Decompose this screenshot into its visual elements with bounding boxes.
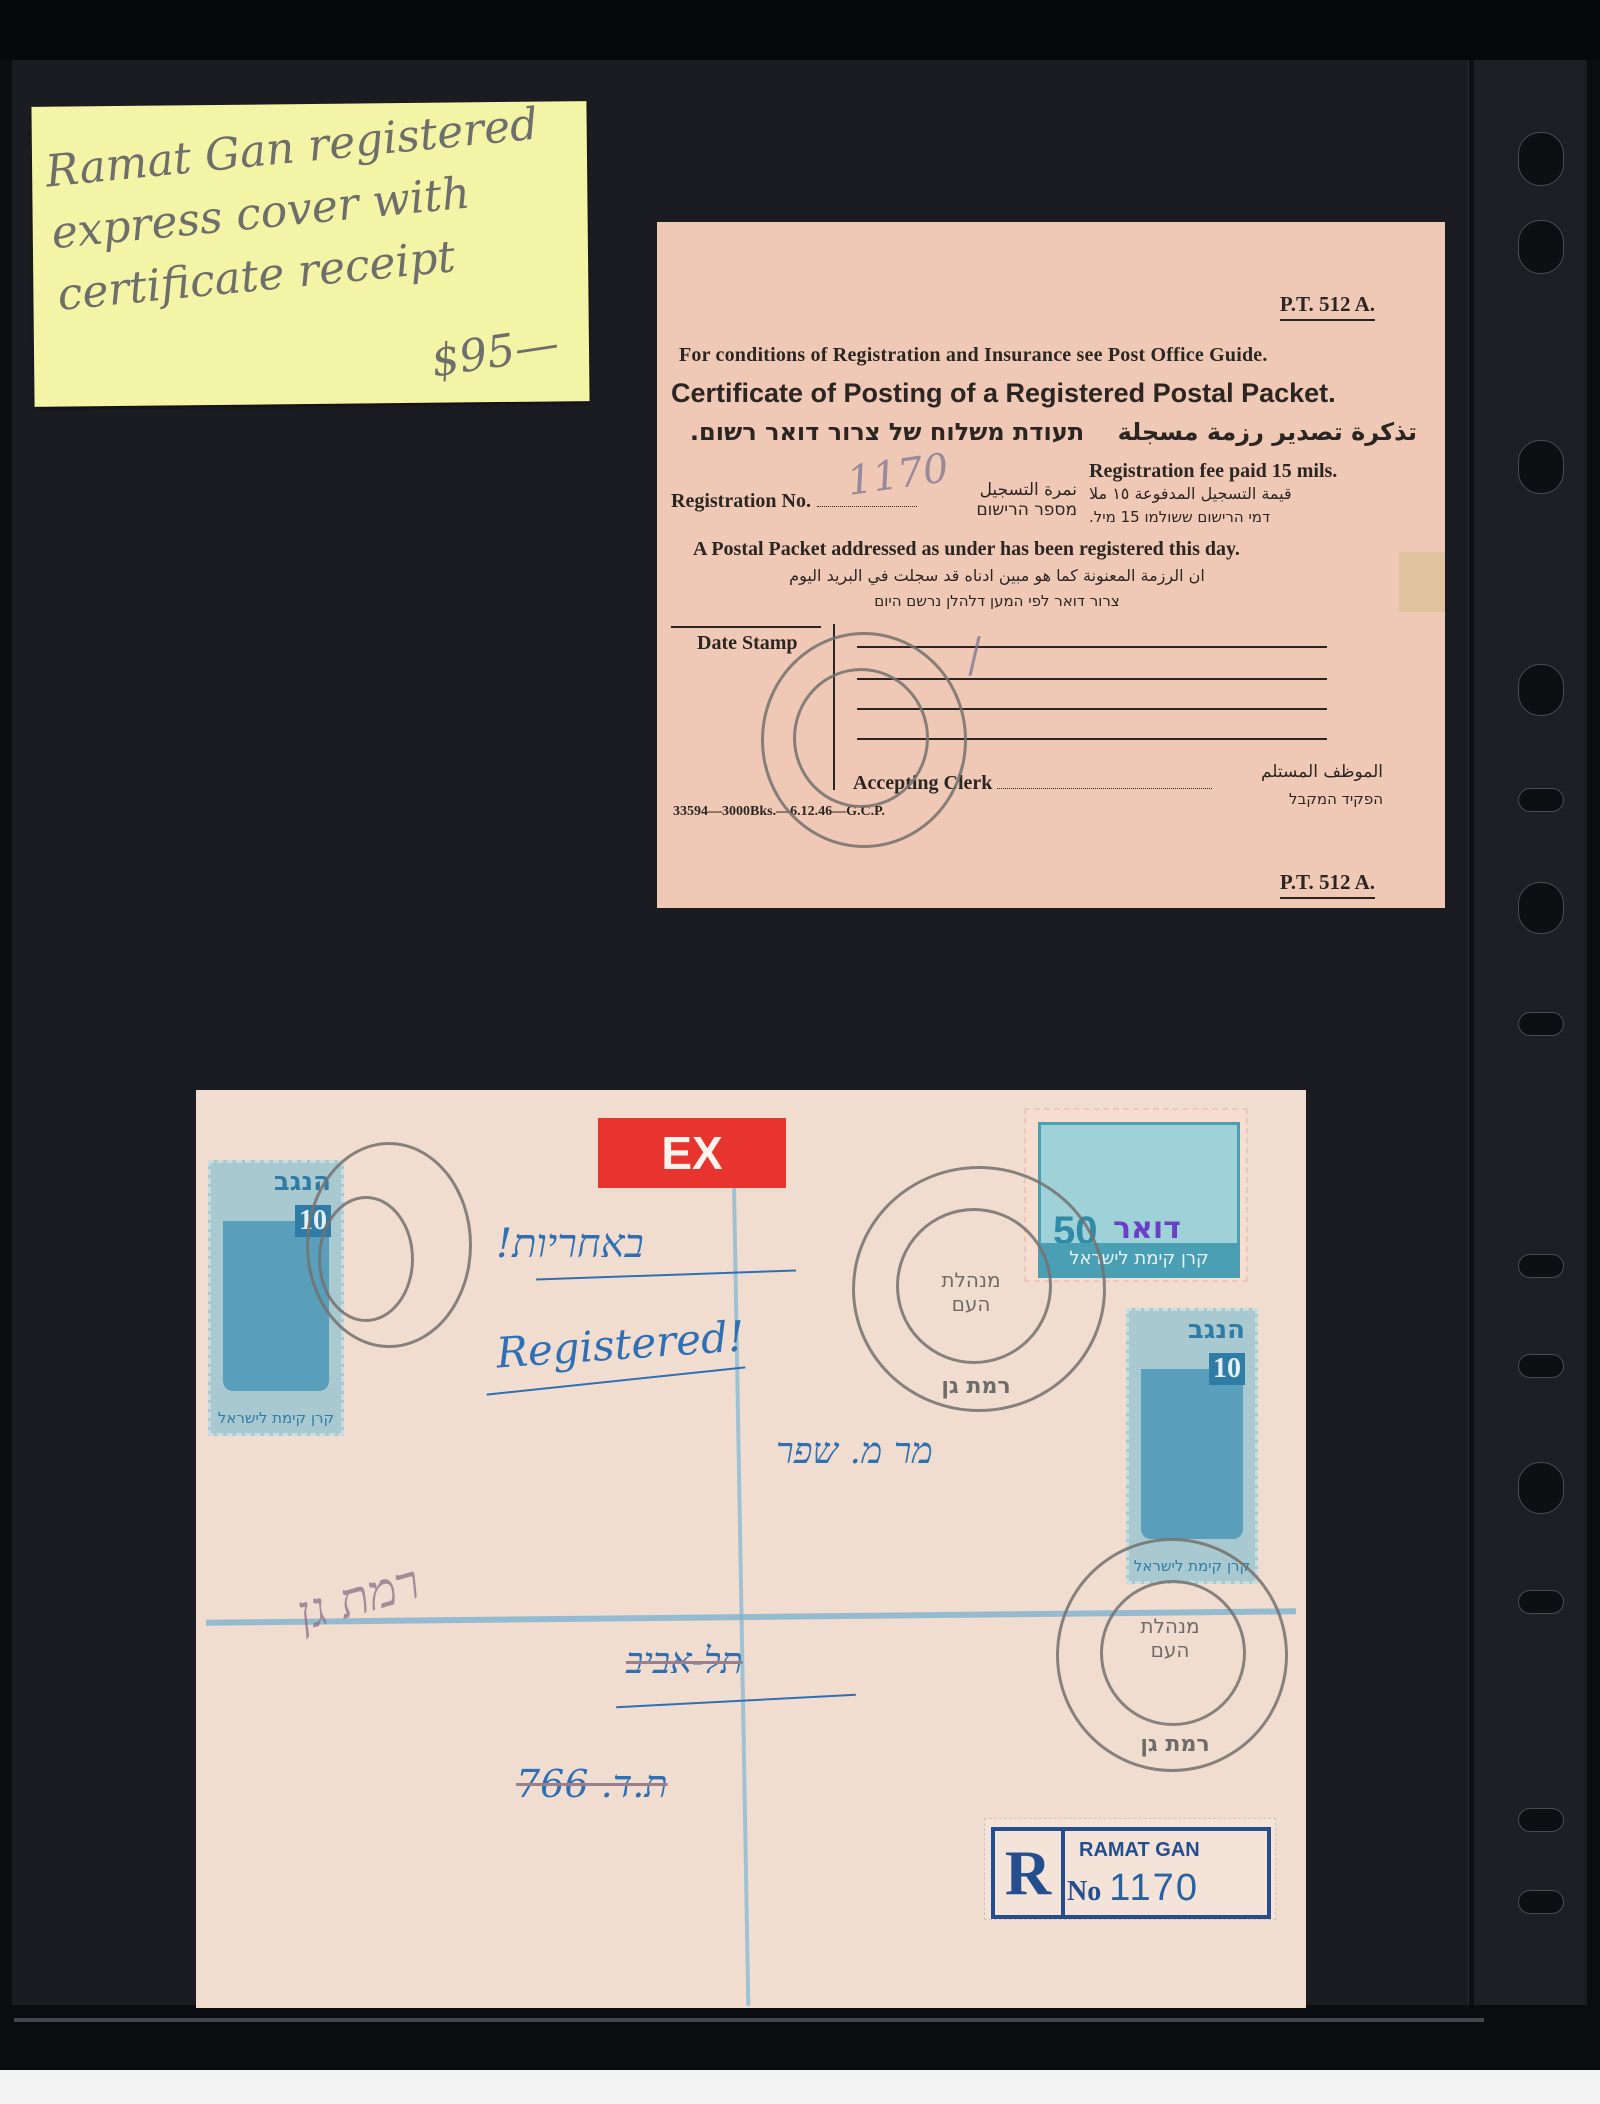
accepting-clerk-hebrew: הפקיד המקבל: [1289, 790, 1383, 808]
postmark-center: מנהלת העם: [896, 1268, 1046, 1316]
handwritten-city: תל-אביב: [626, 1640, 743, 1682]
form-id-bottom: P.T. 512 A.: [1280, 870, 1375, 899]
postmark-line: מנהלת: [896, 1268, 1046, 1292]
binder-hole-icon: [1518, 882, 1564, 934]
express-label: EX: [598, 1118, 786, 1188]
handwritten-registered-hebrew: באחריות!: [496, 1220, 644, 1267]
handwritten-registered: Registered!: [495, 1311, 747, 1377]
handwritten-po-box: ת.ד. 766: [516, 1762, 668, 1807]
binder-hole-icon: [1518, 1254, 1564, 1278]
note-description: Ramat Gan registered express cover with …: [43, 91, 579, 327]
crayon-cross-vertical: [732, 1186, 750, 2006]
registration-no-translated: نمرة التسجيل מספר הרישום: [947, 480, 1077, 520]
registration-number: No1170: [1067, 1867, 1199, 1910]
binder-hole-icon: [1518, 440, 1564, 494]
stamp-footer: קרן קימת לישראל: [211, 1409, 341, 1427]
postmark-town: רמת גן: [1100, 1732, 1250, 1757]
certificate-title-translated: تذكرة تصدير رزمة مسجلة תעודת משלוח של צר…: [690, 418, 1417, 446]
stamp-value: 10: [1209, 1353, 1245, 1385]
clerk-line: [997, 788, 1212, 789]
registration-r-icon: R: [995, 1831, 1065, 1915]
postmark-town: רמת גן: [896, 1374, 1056, 1399]
mount-strip-edge: [14, 2018, 1484, 2022]
registration-no-prefix: No: [1067, 1876, 1101, 1907]
packet-statement-arabic: ان الرزمة المعنونة كما هو مبين ادناه قد …: [717, 566, 1277, 585]
binder-hole-icon: [1518, 1354, 1564, 1378]
price-note: Ramat Gan registered express cover with …: [31, 101, 589, 407]
accepting-clerk-arabic: الموظف المستلم: [1261, 762, 1383, 782]
postmark-line: מנהלת: [1100, 1614, 1240, 1638]
stamp-overprint: דואר: [1113, 1211, 1181, 1246]
scan-top-edge: [0, 0, 1600, 60]
certificate-of-posting: P.T. 512 A. For conditions of Registrati…: [657, 222, 1445, 908]
binder-hole-icon: [1518, 1012, 1564, 1036]
date-stamp-label: Date Stamp: [697, 632, 798, 655]
conditions-text: For conditions of Registration and Insur…: [679, 344, 1268, 367]
note-price: $95—: [428, 318, 562, 388]
registration-no-hebrew: מספר הרישום: [947, 500, 1077, 520]
certificate-title: Certificate of Posting of a Registered P…: [671, 378, 1336, 409]
registration-no-handwritten: 1170: [844, 445, 951, 505]
title-hebrew: תעודת משלוח של צרור דואר רשום.: [690, 418, 1084, 446]
pencil-address-icon: /: [961, 629, 988, 682]
packet-statement-hebrew: צרור דואר לפי המען דלהלן נרשם היום: [717, 592, 1277, 610]
postmark-inner-ring: [793, 668, 929, 808]
packet-statement: A Postal Packet addressed as under has b…: [693, 538, 1240, 561]
binder-hole-icon: [1518, 220, 1564, 274]
underline: [616, 1694, 856, 1709]
binder-hole-icon: [1518, 1808, 1564, 1832]
form-id-top: P.T. 512 A.: [1280, 292, 1375, 321]
registration-town: RAMAT GAN: [1079, 1839, 1200, 1862]
divider: [671, 626, 821, 628]
address-line: [857, 646, 1327, 648]
postmark-line: העם: [1100, 1638, 1240, 1662]
underline: [536, 1269, 796, 1280]
postmark-inner-ring: [318, 1196, 414, 1322]
pencil-redirect-note: רמת גן: [291, 1554, 426, 1642]
registration-no-label: Registration No.: [671, 490, 811, 512]
binder-hole-icon: [1518, 1890, 1564, 1914]
fee-text: Registration fee paid 15 mils.: [1089, 460, 1337, 483]
postmark-line: העם: [896, 1292, 1046, 1316]
binder-hole-icon: [1518, 132, 1564, 186]
fee-arabic: قيمة التسجيل المدفوعة ١٥ ملا: [1089, 484, 1429, 503]
binder-hole-icon: [1518, 1462, 1564, 1514]
hinge-tape: [1399, 552, 1445, 612]
fee-hebrew: דמי הרישום ששולמו 15 מיל.: [1089, 508, 1429, 526]
handwritten-addressee: מר מ. שפר: [776, 1430, 933, 1472]
postmark-center: מנהלת העם: [1100, 1614, 1240, 1662]
registration-box: R RAMAT GAN No1170: [991, 1827, 1271, 1919]
title-arabic: تذكرة تصدير رزمة مسجلة: [1118, 418, 1417, 446]
binder-hole-icon: [1518, 664, 1564, 716]
registration-label: R RAMAT GAN No1170: [984, 1818, 1276, 1920]
registered-express-cover: EX הנגב 10 קרן קימת לישראל 50 דואר קרן ק…: [196, 1090, 1306, 2008]
registration-number-value: 1170: [1109, 1867, 1199, 1909]
binder-hole-icon: [1518, 788, 1564, 812]
registration-no-arabic: نمرة التسجيل: [947, 480, 1077, 500]
stamp-title: הנגב: [1188, 1315, 1245, 1345]
binder-hole-icon: [1518, 1590, 1564, 1614]
scan-bottom-edge: [0, 2070, 1600, 2104]
